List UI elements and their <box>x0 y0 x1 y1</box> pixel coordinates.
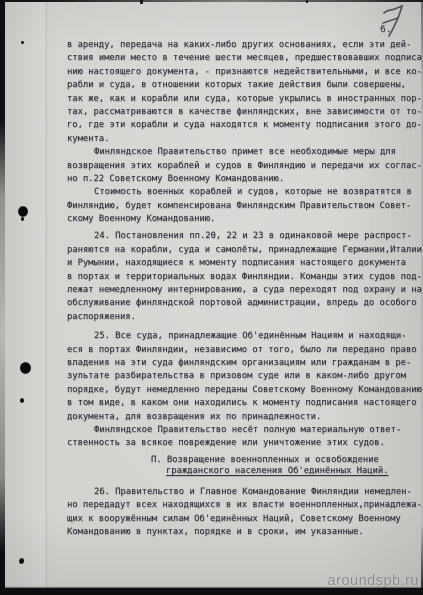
paragraph: 26. Правительство и Главное Командование… <box>67 486 423 540</box>
text-line: Командованию в пунктах, порядке и в срок… <box>67 526 423 539</box>
text-line: ственность за всякое повреждение или уни… <box>67 437 423 450</box>
paper-speck <box>21 41 24 44</box>
punch-hole-mark <box>21 217 24 221</box>
text-line: 25. Все суда, принадлежащие Об'единённым… <box>67 330 423 343</box>
text-line: лежат немедленному интернированию, а суд… <box>67 284 423 297</box>
paragraph: в аренду, передача на каких-либо других … <box>67 39 423 146</box>
document-text-block: в аренду, передача на каких-либо других … <box>67 39 423 540</box>
punch-hole <box>18 206 28 217</box>
watermark: aroundspb.ru <box>328 573 419 589</box>
paragraph: 25. Все суда, принадлежащие Об'единённым… <box>67 330 423 424</box>
text-line: зультате разбирательства в призовом суде… <box>67 370 423 383</box>
text-line: тах, рассматриваются в качестве финляндс… <box>67 106 423 119</box>
scan-edge-bottom <box>0 588 423 595</box>
paper-crease <box>44 0 47 595</box>
text-line: но передадут всех находящихся в их власт… <box>67 499 423 512</box>
text-line: 26. Правительство и Главное Командование… <box>67 486 423 499</box>
text-line: в портах и территориальных водах Финлянд… <box>67 271 423 284</box>
text-line: Финляндское Правительство примет все нео… <box>67 146 423 159</box>
text-line: но п.22 Советскому Военному Командованию… <box>67 173 423 186</box>
text-line: скому Военному Командованию. <box>67 213 423 226</box>
paragraph: Стоимость военных кораблей и судов, кото… <box>67 186 423 226</box>
text-line: документа, для возвращения их по принадл… <box>67 411 423 424</box>
section-heading: П. Возвращение военнопленных и освобожде… <box>67 455 423 477</box>
typed-page-number: 6. <box>380 24 391 35</box>
text-line: распоряжения. <box>67 311 423 324</box>
section-heading-line: П. Возвращение военнопленных и освобожде… <box>67 455 423 466</box>
text-line: и Румынии, находящиеся к моменту подписа… <box>67 257 423 270</box>
scanned-document-screenshot: в аренду, передача на каких-либо других … <box>0 0 423 595</box>
paper-speck <box>20 398 24 403</box>
text-line: обслуживание финляндской портовой админи… <box>67 297 423 310</box>
text-line: Финляндию, будет компенсирована Финляндс… <box>67 200 423 213</box>
paragraph: Финляндское Правительство несёт полную м… <box>67 424 423 451</box>
text-line: Финляндское Правительство несёт полную м… <box>67 424 423 437</box>
paper-fold-shading <box>12 0 44 595</box>
text-line: щих к вооружённым силам Об'единённых Нац… <box>67 513 423 526</box>
section-heading-line: гражданского населения Об'единённых Наци… <box>67 466 423 477</box>
text-line: нию настоящего документа, - признаются н… <box>67 66 423 79</box>
text-line: так же, как и корабли или суда, которые … <box>67 93 423 106</box>
text-line: кумента. <box>67 133 423 146</box>
scan-edge-top <box>0 0 423 2</box>
text-line: 24. Постановления пп.20, 22 и 23 в одина… <box>67 230 423 243</box>
text-line: владения на эти суда финляндским организ… <box>67 357 423 370</box>
text-line: ствия имели место в течение шести месяце… <box>67 52 423 65</box>
scan-edge-left <box>0 0 5 595</box>
paragraph: 24. Постановления пп.20, 22 и 23 в одина… <box>67 230 423 324</box>
text-line: раняются на корабли, суда и самолёты, пр… <box>67 244 423 257</box>
text-line: еся в портах Финляндии, независимо от то… <box>67 344 423 357</box>
text-line: порядке, будут немедленно переданы Совет… <box>67 384 423 397</box>
text-line: в аренду, передача на каких-либо других … <box>67 39 423 52</box>
text-line: го, где эти корабли и суда находятся к м… <box>67 119 423 132</box>
punch-hole <box>20 362 31 374</box>
text-line: Стоимость военных кораблей и судов, кото… <box>67 186 423 199</box>
text-line: рабли и суда, в отношении которых такие … <box>67 79 423 92</box>
text-line: возвращения этих кораблей и судов в Финл… <box>67 160 423 173</box>
text-line: в том виде, в каком они находились к мом… <box>67 397 423 410</box>
document-page: в аренду, передача на каких-либо других … <box>0 0 423 595</box>
paragraph: Финляндское Правительство примет все нео… <box>67 146 423 186</box>
